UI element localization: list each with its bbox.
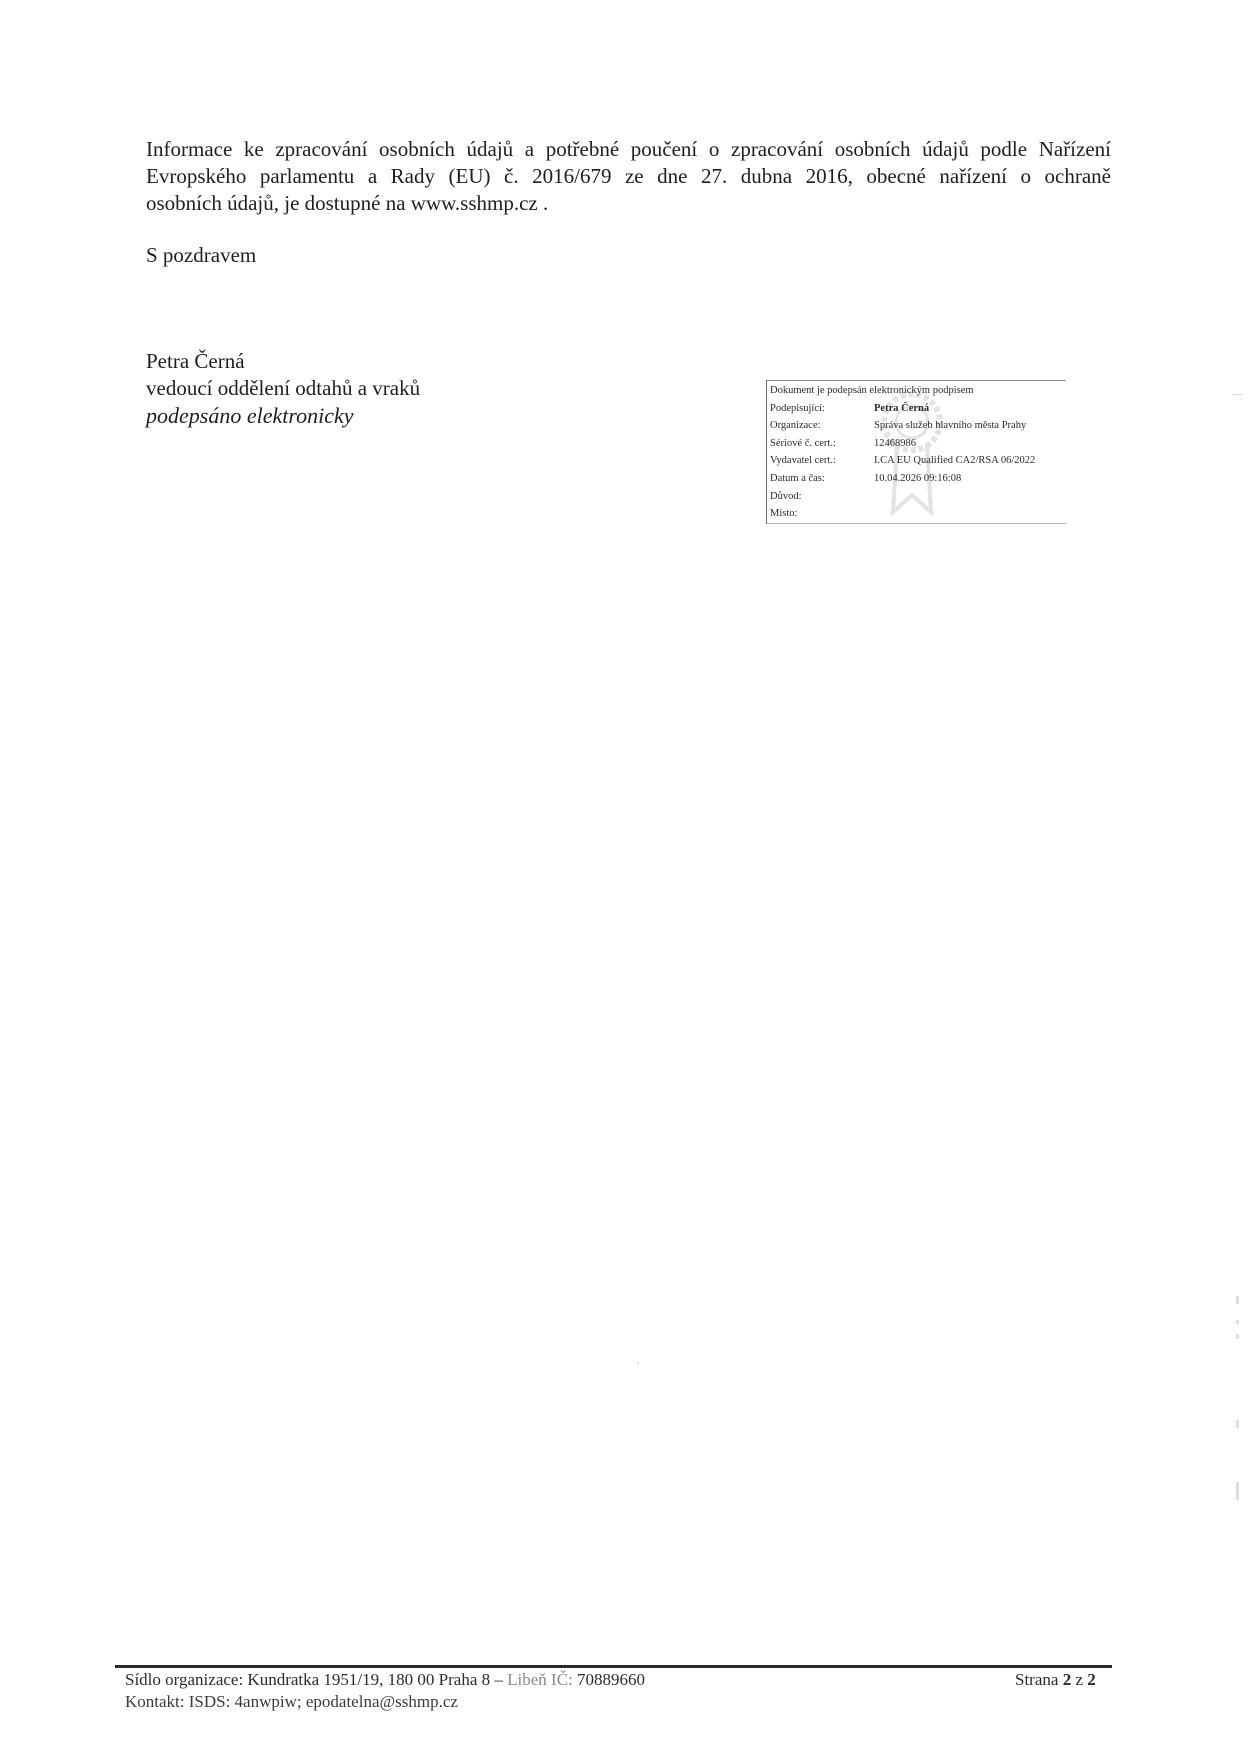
electronic-signature-box: Dokument je podepsán elektronickým podpi… [766, 380, 1066, 524]
footer-address-main: Sídlo organizace: Kundratka 1951/19, 180… [125, 1670, 503, 1689]
page-current: 2 [1063, 1670, 1072, 1689]
signer-block: Petra Černá vedoucí oddělení odtahů a vr… [146, 348, 420, 429]
signature-value [874, 505, 1066, 523]
signature-value: 12468986 [874, 435, 1066, 453]
signature-value [874, 488, 1066, 506]
paragraph-line-3: osobních údajů, je dostupné na www.sshmp… [146, 190, 1111, 217]
signature-label: Podepisující: [770, 400, 874, 418]
footer-divider [115, 1665, 1112, 1668]
document-page: Informace ke zpracování osobních údajů a… [0, 0, 1248, 1759]
paragraph-line-2: Evropského parlamentu a Rady (EU) č. 201… [146, 163, 1111, 190]
signed-electronically-note: podepsáno elektronicky [146, 402, 420, 429]
footer-ico: 70889660 [577, 1670, 645, 1689]
signature-label: Organizace: [770, 417, 874, 435]
signature-row-signer: Podepisující: Petra Černá [770, 400, 1066, 418]
page-number: Strana 2 z 2 [1015, 1669, 1096, 1691]
signer-position: vedoucí oddělení odtahů a vraků [146, 375, 420, 402]
signature-row-serial: Sériové č. cert.: 12468986 [770, 435, 1066, 453]
privacy-information-paragraph: Informace ke zpracování osobních údajů a… [146, 136, 1111, 217]
scan-artifact [1236, 1296, 1239, 1304]
signature-box-heading: Dokument je podepsán elektronickým podpi… [770, 382, 1066, 400]
closing-greeting: S pozdravem [146, 242, 256, 269]
signature-value: I.CA EU Qualified CA2/RSA 06/2022 [874, 452, 1066, 470]
signature-row-issuer: Vydavatel cert.: I.CA EU Qualified CA2/R… [770, 452, 1066, 470]
page-label: Strana [1015, 1670, 1058, 1689]
signature-row-place: Místo: [770, 505, 1066, 523]
scan-artifact [1236, 1334, 1239, 1339]
signature-label: Důvod: [770, 488, 874, 506]
page-separator: z [1075, 1670, 1083, 1689]
signer-name: Petra Černá [146, 348, 420, 375]
page-total: 2 [1087, 1670, 1096, 1689]
signature-row-reason: Důvod: [770, 488, 1066, 506]
signature-label: Sériové č. cert.: [770, 435, 874, 453]
signature-label: Vydavatel cert.: [770, 452, 874, 470]
footer-address: Sídlo organizace: Kundratka 1951/19, 180… [125, 1669, 645, 1691]
signature-value: Správa služeb hlavního města Prahy [874, 417, 1066, 435]
paragraph-line-1: Informace ke zpracování osobních údajů a… [146, 136, 1111, 163]
footer-contact: Kontakt: ISDS: 4anwpiw; epodatelna@sshmp… [125, 1691, 458, 1713]
scan-artifact [1236, 1482, 1239, 1500]
scan-artifact [1236, 1320, 1239, 1324]
signature-row-organization: Organizace: Správa služeb hlavního města… [770, 417, 1066, 435]
scan-artifact [1236, 1420, 1239, 1428]
signature-row-datetime: Datum a čas: 10.04.2026 09:16:08 [770, 470, 1066, 488]
footer-address-district: Libeň IČ: [507, 1670, 573, 1689]
signature-label: Datum a čas: [770, 470, 874, 488]
signature-label: Místo: [770, 505, 874, 523]
scan-artifact [637, 1362, 639, 1364]
scan-artifact [1233, 394, 1243, 395]
signature-value: 10.04.2026 09:16:08 [874, 470, 1066, 488]
signature-value: Petra Černá [874, 400, 1066, 418]
